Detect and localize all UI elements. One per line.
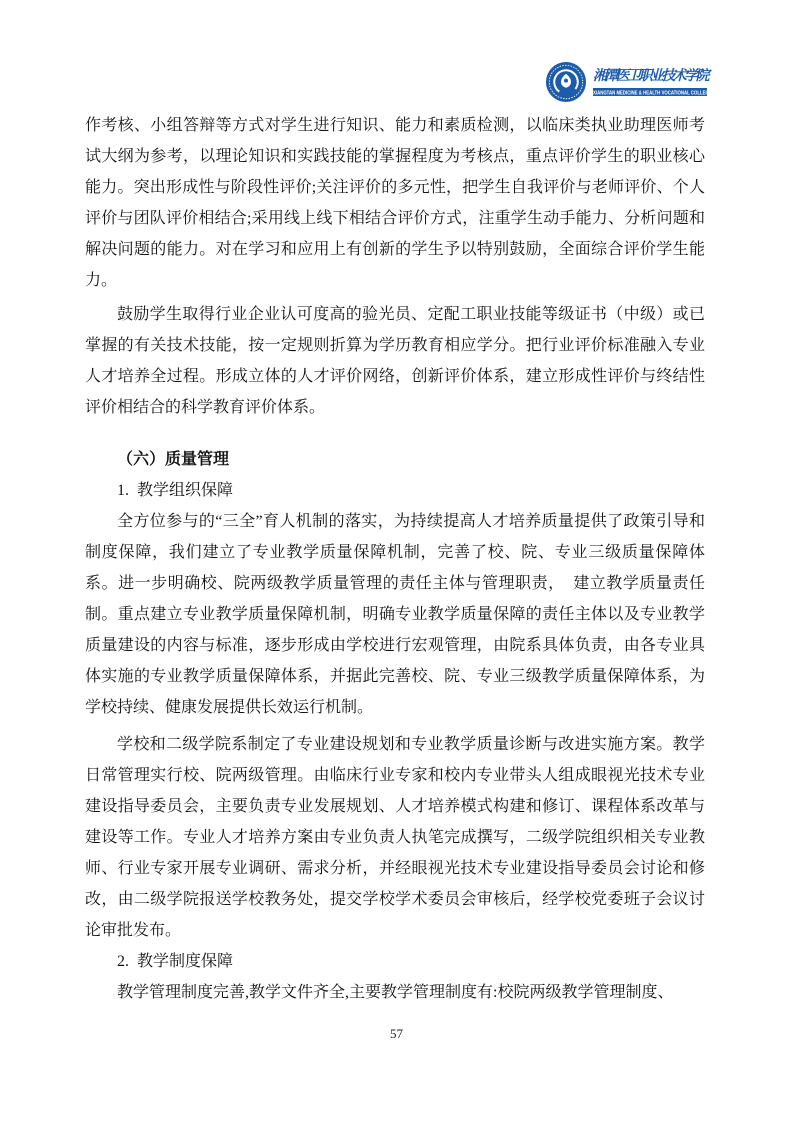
college-name-en: XIANGTAN MEDICINE & HEALTH VOCATIONAL CO…: [593, 89, 707, 95]
paragraph-teaching-regulations: 教学管理制度完善,教学文件齐全,主要教学管理制度有:校院两级教学管理制度、: [85, 977, 705, 1008]
document-content: 作考核、小组答辩等方式对学生进行知识、能力和素质检测，以临床类执业助理医师考试大…: [85, 110, 705, 1008]
paragraph-certificates: 鼓励学生取得行业企业认可度高的验光员、定配工职业技能等级证书（中级）或已掌握的有…: [85, 299, 705, 423]
paragraph-committee-management: 学校和二级学院系制定了专业建设规划和专业教学质量诊断与改进实施方案。教学日常管理…: [85, 729, 705, 946]
page-footer: 57: [0, 1026, 793, 1042]
document-page: 湘潭医卫职业技术学院 XIANGTAN MEDICINE & HEALTH VO…: [0, 0, 793, 1122]
college-emblem-icon: [545, 61, 587, 103]
subheading-teaching-system: 2. 教学制度保障: [85, 946, 705, 977]
paragraph-assessment-continued: 作考核、小组答辩等方式对学生进行知识、能力和素质检测，以临床类执业助理医师考试大…: [85, 110, 705, 296]
subheading-teaching-organization: 1. 教学组织保障: [85, 475, 705, 506]
paragraph-quality-assurance-system: 全方位参与的“三全”育人机制的落实，为持续提高人才培养质量提供了政策引导和制度保…: [85, 506, 705, 723]
page-number: 57: [390, 1026, 403, 1041]
section-heading-quality-management: （六）质量管理: [85, 444, 705, 475]
college-name-en-bar: XIANGTAN MEDICINE & HEALTH VOCATIONAL CO…: [593, 88, 707, 96]
college-logo: 湘潭医卫职业技术学院 XIANGTAN MEDICINE & HEALTH VO…: [545, 61, 707, 103]
college-name-zh: 湘潭医卫职业技术学院: [593, 68, 707, 86]
college-logo-text: 湘潭医卫职业技术学院 XIANGTAN MEDICINE & HEALTH VO…: [593, 68, 707, 96]
